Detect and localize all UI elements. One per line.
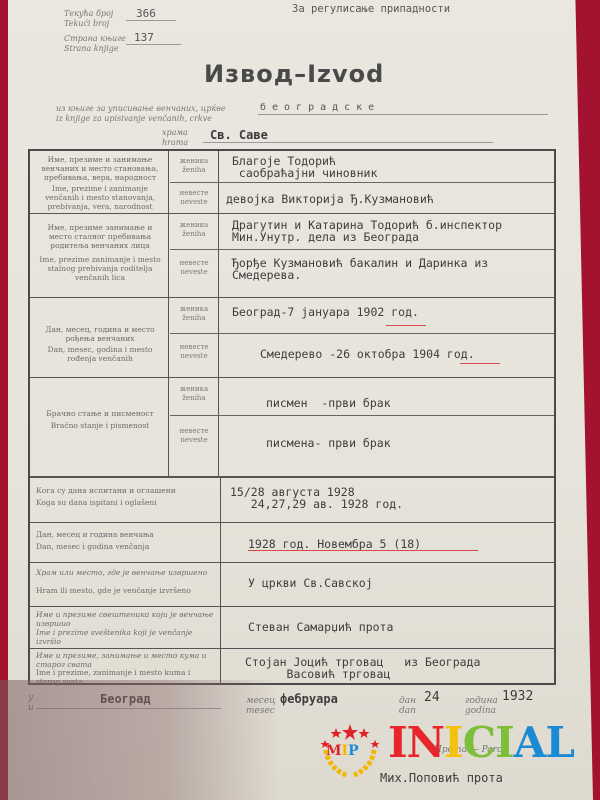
temple-label: храма hrama <box>162 128 188 148</box>
godfather-value: Стојан Јоцић трговац из Београда Васовић… <box>245 656 480 680</box>
watermark-word: INICIAL <box>388 718 574 767</box>
purpose-note: За регулисање припадности <box>292 3 450 15</box>
row-label-lat: Dan, mesec i godina venčanja <box>36 542 216 551</box>
entry-number-value: 366 <box>136 7 156 20</box>
groom-sublabel: женикаženiha <box>170 385 218 403</box>
groom-parents-value: Драгутин и Катарина Тодорић б.инспектор … <box>232 219 502 243</box>
temple-underline <box>203 142 493 143</box>
register-table: Име, презиме и занимање венчаних и место… <box>28 149 556 685</box>
row-label-lat: Ime, prezime i zanimanje venčanih i mest… <box>36 184 164 211</box>
bride-marital-value: писмена- први брак <box>266 437 391 449</box>
bride-parents-value: Ђорђе Кузмановић бакалин и Даринка из См… <box>232 257 488 281</box>
table-row-names: Име, презиме и занимање венчаних и место… <box>30 151 554 214</box>
row-label-lat: Hram ili mesto, gde je venčanje izvršeno <box>36 586 216 595</box>
wedding-date-value: 1928 год. Новембра 5 (18) <box>248 538 421 550</box>
row-label-cyr: Име, презиме занимање и место сталног пр… <box>36 223 164 250</box>
row-label-lat: Ime, prezime zanimanje i mesto stalnog p… <box>36 255 164 282</box>
groom-birth-value: Београд-7 јануара 1902 год. <box>232 306 419 318</box>
row-label-lat: Koga su dana ispitani i oglašeni <box>36 498 216 507</box>
groom-marital-value: писмен -први брак <box>266 397 391 409</box>
table-row-wedding-place: Храм или место, где је венчање извршено … <box>30 562 554 607</box>
row-label-lat: Ime i prezime sveštenika koji je venčanj… <box>36 628 216 646</box>
bride-sublabel: невестеneveste <box>170 343 218 361</box>
table-row-wedding-date: Дан, месец и година венчања Dan, mesec i… <box>30 522 554 563</box>
red-annotation <box>248 550 478 551</box>
priest-value: Стеван Самарџић прота <box>248 621 393 633</box>
bride-name-value: девојка Викторија Ђ.Кузмановић <box>226 193 434 205</box>
from-book-label: из књиге за уписивање венчаних, црќве iz… <box>56 104 226 124</box>
row-label-cyr: Дан, месец и година венчања <box>36 530 216 539</box>
issue-day-value: 24 <box>424 692 440 704</box>
row-label-cyr: Брачно стање и писменост <box>36 409 164 418</box>
table-row-priest: Име и презиме свештеника који је венчање… <box>30 606 554 649</box>
entry-number-label: Текућа број Tekući broj <box>64 9 113 29</box>
table-row-banns: Кога су дана испитани и оглашени Koga su… <box>30 476 554 523</box>
row-split <box>170 333 554 334</box>
row-split <box>170 415 554 416</box>
bride-sublabel: невестеneveste <box>170 427 218 445</box>
page-number-underline <box>126 44 181 45</box>
table-row-birth: Дан, месец, година и место рођења венчан… <box>30 297 554 378</box>
emblem-text: MIP <box>326 743 359 759</box>
row-label-cyr: Дан, месец, година и место рођења венчан… <box>36 325 164 343</box>
groom-sublabel: женикаženiha <box>170 221 218 239</box>
row-label-cyr: Кога су дана испитани и оглашени <box>36 486 216 495</box>
row-label-lat: Dan, mesec, godina i mesto rođenja venča… <box>36 345 164 363</box>
red-annotation <box>460 363 500 364</box>
page-title: Извод–Izvod <box>204 60 384 88</box>
table-row-marital: Брачно стање и писменост Bračno stanje i… <box>30 377 554 478</box>
row-split <box>170 249 554 250</box>
groom-name-value: Благоје Тодорић саобраћајни чиновник <box>232 155 377 179</box>
issue-year-value: 1932 <box>502 691 533 703</box>
row-label-cyr: Храм или место, где је венчање извршено <box>36 568 216 577</box>
photo-shadow <box>0 680 280 800</box>
groom-sublabel: женикаženiha <box>170 305 218 323</box>
bride-sublabel: невестеneveste <box>170 189 218 207</box>
wedding-place-value: У цркви Св.Савској <box>248 577 373 589</box>
row-split <box>170 182 554 183</box>
groom-sublabel: женикаženiha <box>170 157 218 175</box>
bride-sublabel: невестеneveste <box>170 259 218 277</box>
page-number-label: Страна књиге Strana knjige <box>64 34 126 54</box>
row-label-cyr: Име и презиме свештеника који је венчање… <box>36 610 216 628</box>
bride-birth-value: Смедерево -26 октобра 1904 год. <box>260 348 475 360</box>
page-number-value: 137 <box>134 31 154 44</box>
parish-value: београдске <box>260 102 380 114</box>
parish-underline <box>258 114 548 115</box>
issue-month-value: фебруара <box>280 693 338 705</box>
temple-value: Св. Саве <box>210 129 268 141</box>
row-label-lat: Bračno stanje i pismenost <box>36 421 164 430</box>
issuing-priest-name: Мих.Поповић прота <box>380 772 503 784</box>
inicial-watermark: MIP INICIAL <box>310 710 600 770</box>
red-annotation <box>386 325 426 326</box>
table-row-parents: Име, презиме занимање и место сталног пр… <box>30 213 554 298</box>
entry-number-underline <box>126 20 176 21</box>
banns-value: 15/28 августа 1928 24,27,29 ав. 1928 год… <box>230 486 403 510</box>
row-label-cyr: Име и презиме, занимање и место кума и с… <box>36 651 216 669</box>
row-label-cyr: Име, презиме и занимање венчаних и место… <box>36 155 164 182</box>
